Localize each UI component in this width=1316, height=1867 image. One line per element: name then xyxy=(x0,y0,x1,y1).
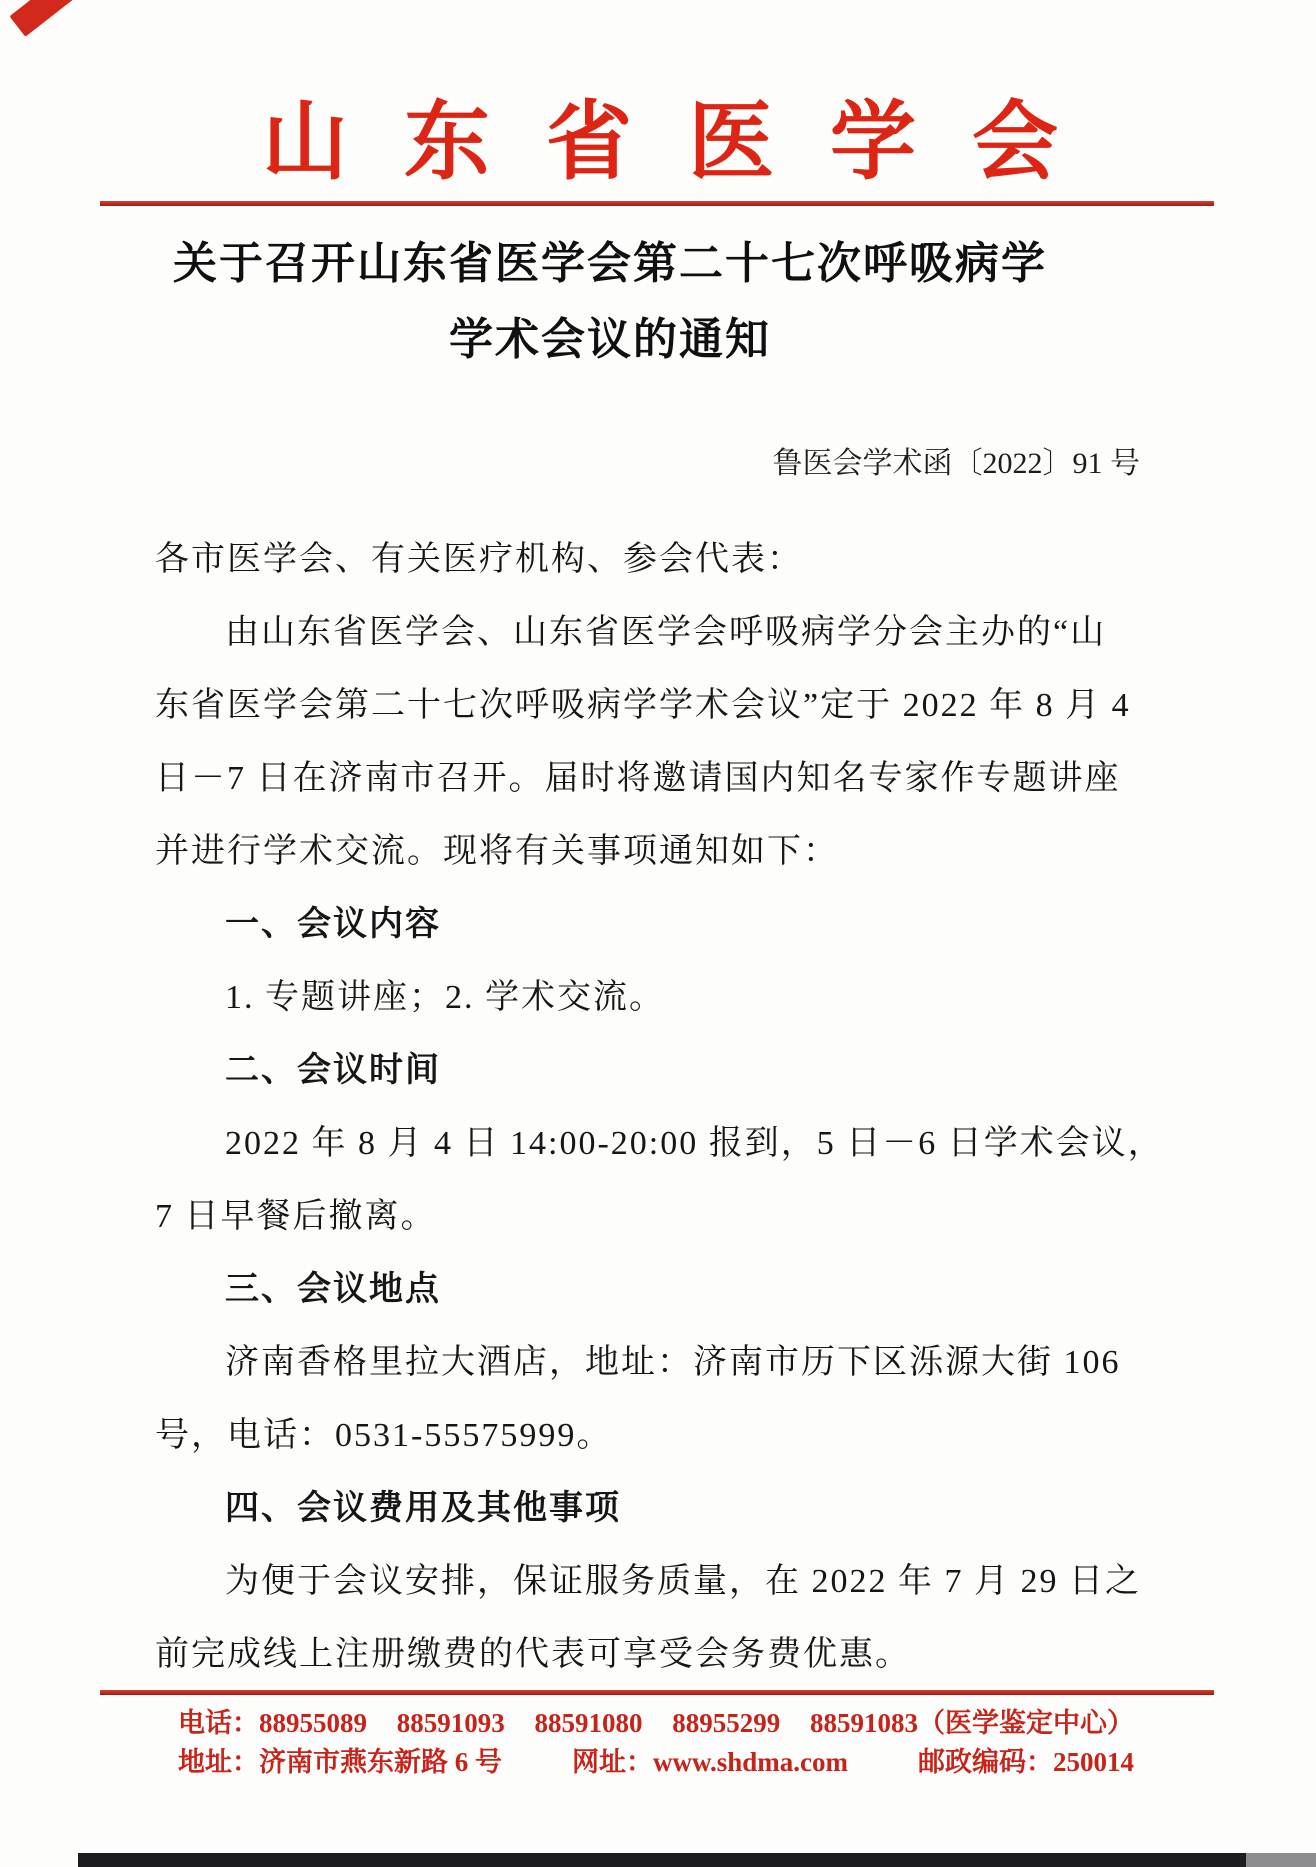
section2-line1: 2022 年 8 月 4 日 14:00-20:00 报到，5 日－6 日学术会… xyxy=(155,1107,1145,1180)
footer-address: 地址：济南市燕东新路 6 号 xyxy=(178,1740,502,1779)
bottom-scan-edge xyxy=(78,1853,1246,1867)
phone-2: 88591093 xyxy=(397,1708,505,1739)
section2-line2: 7 日早餐后撤离。 xyxy=(155,1180,1145,1253)
bottom-scan-edge-light xyxy=(1246,1853,1316,1867)
paragraph1-line4: 并进行学术交流。现将有关事项通知如下： xyxy=(155,815,1145,888)
section3-line1: 济南香格里拉大酒店，地址：济南市历下区泺源大街 106 xyxy=(155,1326,1145,1399)
footer-website: 网址：www.shdma.com xyxy=(572,1740,848,1779)
footer-address-line: 地址：济南市燕东新路 6 号 网址：www.shdma.com 邮政编码：250… xyxy=(178,1740,1134,1779)
paragraph1-line1: 由山东省医学会、山东省医学会呼吸病学分会主办的“山 xyxy=(155,596,1145,669)
footer-rule xyxy=(100,1690,1214,1695)
section3-line2: 号，电话：0531-55575999。 xyxy=(155,1399,1145,1472)
section4-line2: 前完成线上注册缴费的代表可享受会务费优惠。 xyxy=(155,1618,1145,1691)
footer-phone-line: 电话：88955089 88591093 88591080 88955299 8… xyxy=(178,1701,1134,1740)
section4-heading: 四、会议费用及其他事项 xyxy=(155,1472,1145,1545)
phone-1: 88955089 xyxy=(259,1708,367,1738)
phone-label: 电话： xyxy=(178,1708,259,1738)
phone-4: 88955299 xyxy=(672,1708,780,1739)
paragraph1-line2: 东省医学会第二十七次呼吸病学学术会议”定于 2022 年 8 月 4 xyxy=(155,669,1145,742)
section4-line1: 为便于会议安排，保证服务质量，在 2022 年 7 月 29 日之 xyxy=(155,1545,1145,1618)
phone-3: 88591080 xyxy=(535,1708,643,1739)
document-title: 关于召开山东省医学会第二十七次呼吸病学 学术会议的通知 xyxy=(60,226,1160,378)
footer-phone-group: 电话：88955089 xyxy=(178,1701,367,1740)
document-page: 山东省医学会 关于召开山东省医学会第二十七次呼吸病学 学术会议的通知 鲁医会学术… xyxy=(0,0,1316,1867)
document-body: 各市医学会、有关医疗机构、参会代表： 由山东省医学会、山东省医学会呼吸病学分会主… xyxy=(155,523,1145,1691)
document-title-line2: 学术会议的通知 xyxy=(60,302,1160,378)
section1-heading: 一、会议内容 xyxy=(155,888,1145,961)
section1-line1: 1. 专题讲座；2. 学术交流。 xyxy=(155,961,1145,1034)
organization-name: 山东省医学会 xyxy=(120,72,1200,196)
header-rule xyxy=(100,201,1214,206)
section2-heading: 二、会议时间 xyxy=(155,1034,1145,1107)
footer-postcode: 邮政编码：250014 xyxy=(918,1740,1134,1779)
red-corner-scan-mark xyxy=(9,0,80,37)
section3-heading: 三、会议地点 xyxy=(155,1253,1145,1326)
paragraph1-line3: 日－7 日在济南市召开。届时将邀请国内知名专家作专题讲座 xyxy=(155,742,1145,815)
phone-5: 88591083（医学鉴定中心） xyxy=(810,1701,1134,1740)
salutation: 各市医学会、有关医疗机构、参会代表： xyxy=(155,523,1145,596)
document-number: 鲁医会学术函〔2022〕91 号 xyxy=(620,438,1140,482)
document-title-line1: 关于召开山东省医学会第二十七次呼吸病学 xyxy=(60,226,1160,302)
